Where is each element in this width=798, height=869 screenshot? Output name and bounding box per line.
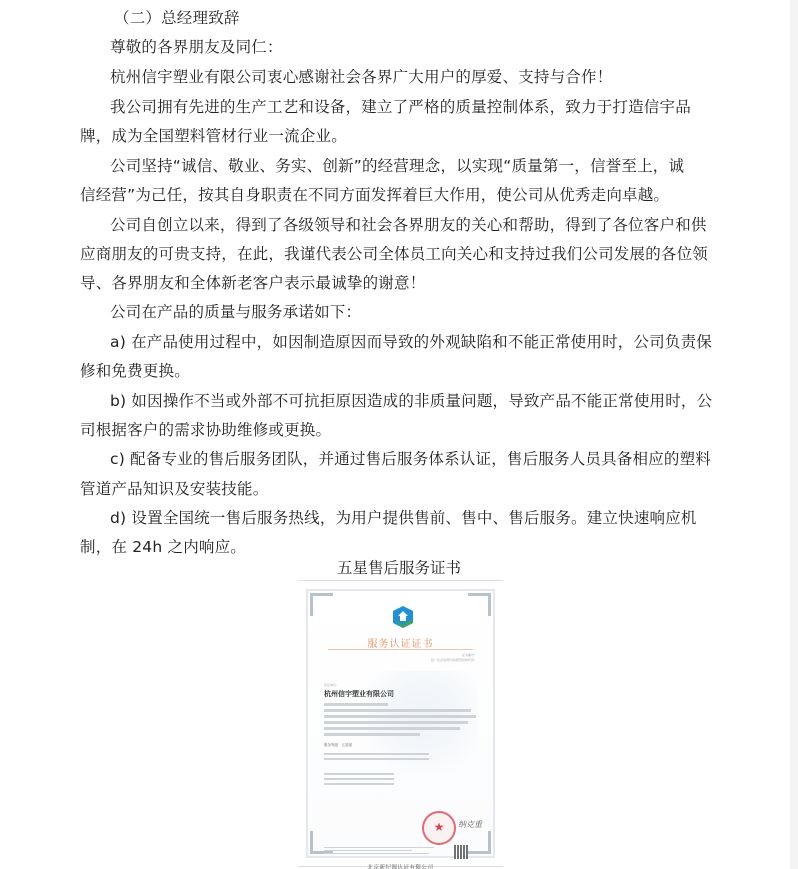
issuing-body: 北京新纪源认证有限公司 bbox=[308, 863, 493, 869]
paragraph-line: 管道产品知识及安装技能。 bbox=[80, 479, 268, 499]
paragraph-line: 杭州信宇塑业有限公司衷心感谢社会各界广大用户的厚爱、支持与合作！ bbox=[110, 67, 612, 87]
commitment-a: a) 在产品使用过程中，如因制造原因而导致的外观缺陷和不能正常使用时，公司负责保 bbox=[110, 332, 712, 352]
credit-code-label: 统一社会信用代码/组织机构代码： bbox=[431, 658, 477, 662]
commitment-c: c) 配备专业的售后服务团队，并通过售后服务体系认证，售后服务人员具备相应的塑料 bbox=[110, 449, 711, 469]
greeting: 尊敬的各界朋友及同仁： bbox=[110, 37, 283, 57]
commitment-d: d) 设置全国统一售后服务热线，为用户提供售前、售中、售后服务。建立快速响应机 bbox=[110, 508, 697, 528]
holder-label: 获证单位： bbox=[324, 683, 339, 687]
section-heading: （二）总经理致辞 bbox=[114, 8, 240, 28]
paragraph-line: 公司坚持“诚信、敬业、务实、创新”的经营理念，以实现“质量第一，信誉至上，诚 bbox=[110, 156, 684, 176]
certificate-title: 服务认证证书 bbox=[308, 635, 493, 650]
paragraph-line: 公司在产品的质量与服务承诺如下： bbox=[110, 302, 361, 322]
certified-company: 杭州信宇塑业有限公司 bbox=[324, 689, 394, 699]
corner-ornament bbox=[310, 593, 333, 616]
dates-text bbox=[324, 773, 394, 788]
signature: 纳克重 bbox=[458, 819, 482, 830]
certificate-image: 服务认证证书 证书编号： 统一社会信用代码/组织机构代码： 获证单位： 杭州信宇… bbox=[298, 580, 503, 867]
paragraph-line: 牌，成为全国塑料管材行业一流企业。 bbox=[80, 126, 347, 146]
official-seal: ★ bbox=[422, 811, 456, 845]
corner-ornament bbox=[468, 593, 491, 616]
service-level: 服务等级：五星级 bbox=[324, 743, 352, 747]
star-icon: ★ bbox=[424, 820, 454, 834]
paragraph-line: 信经营”为己任，按其自身职责在不同方面发挥着巨大作用，使公司从优秀走向卓越。 bbox=[80, 185, 669, 205]
divider bbox=[328, 649, 473, 650]
paragraph-line: 应商朋友的可贵支持，在此，我谨代表公司全体员工向关心和支持过我们公司发展的各位领 bbox=[80, 244, 708, 264]
footnote-text bbox=[324, 847, 434, 856]
paragraph-line: 导、各界朋友和全体新老客户表示最诚挚的谢意！ bbox=[80, 273, 425, 293]
page-edge bbox=[790, 0, 798, 869]
certificate-border: 服务认证证书 证书编号： 统一社会信用代码/组织机构代码： 获证单位： 杭州信宇… bbox=[306, 589, 495, 858]
paragraph-line: 修和免费更换。 bbox=[80, 361, 190, 381]
house-logo-icon bbox=[392, 605, 414, 629]
scope-text bbox=[324, 703, 484, 739]
paragraph-line: 司根据客户的需求协助维修或更换。 bbox=[80, 420, 331, 440]
qr-code-icon bbox=[454, 845, 468, 859]
paragraph-line: 制，在 24h 之内响应。 bbox=[80, 537, 246, 557]
paragraph-line: 我公司拥有先进的生产工艺和设备，建立了严格的质量控制体系，致力于打造信宇品 bbox=[110, 97, 691, 117]
commitment-b: b) 如因操作不当或外部不可抗拒原因造成的非质量问题，导致产品不能正常使用时，公 bbox=[110, 391, 712, 411]
paragraph-line: 公司自创立以来，得到了各级领导和社会各界朋友的关心和帮助，得到了各位客户和供 bbox=[110, 215, 707, 235]
cert-number-label: 证书编号： bbox=[462, 653, 477, 657]
address-text bbox=[324, 753, 434, 763]
figure-caption: 五星售后服务证书 bbox=[0, 558, 798, 578]
corner-ornament bbox=[468, 831, 491, 854]
